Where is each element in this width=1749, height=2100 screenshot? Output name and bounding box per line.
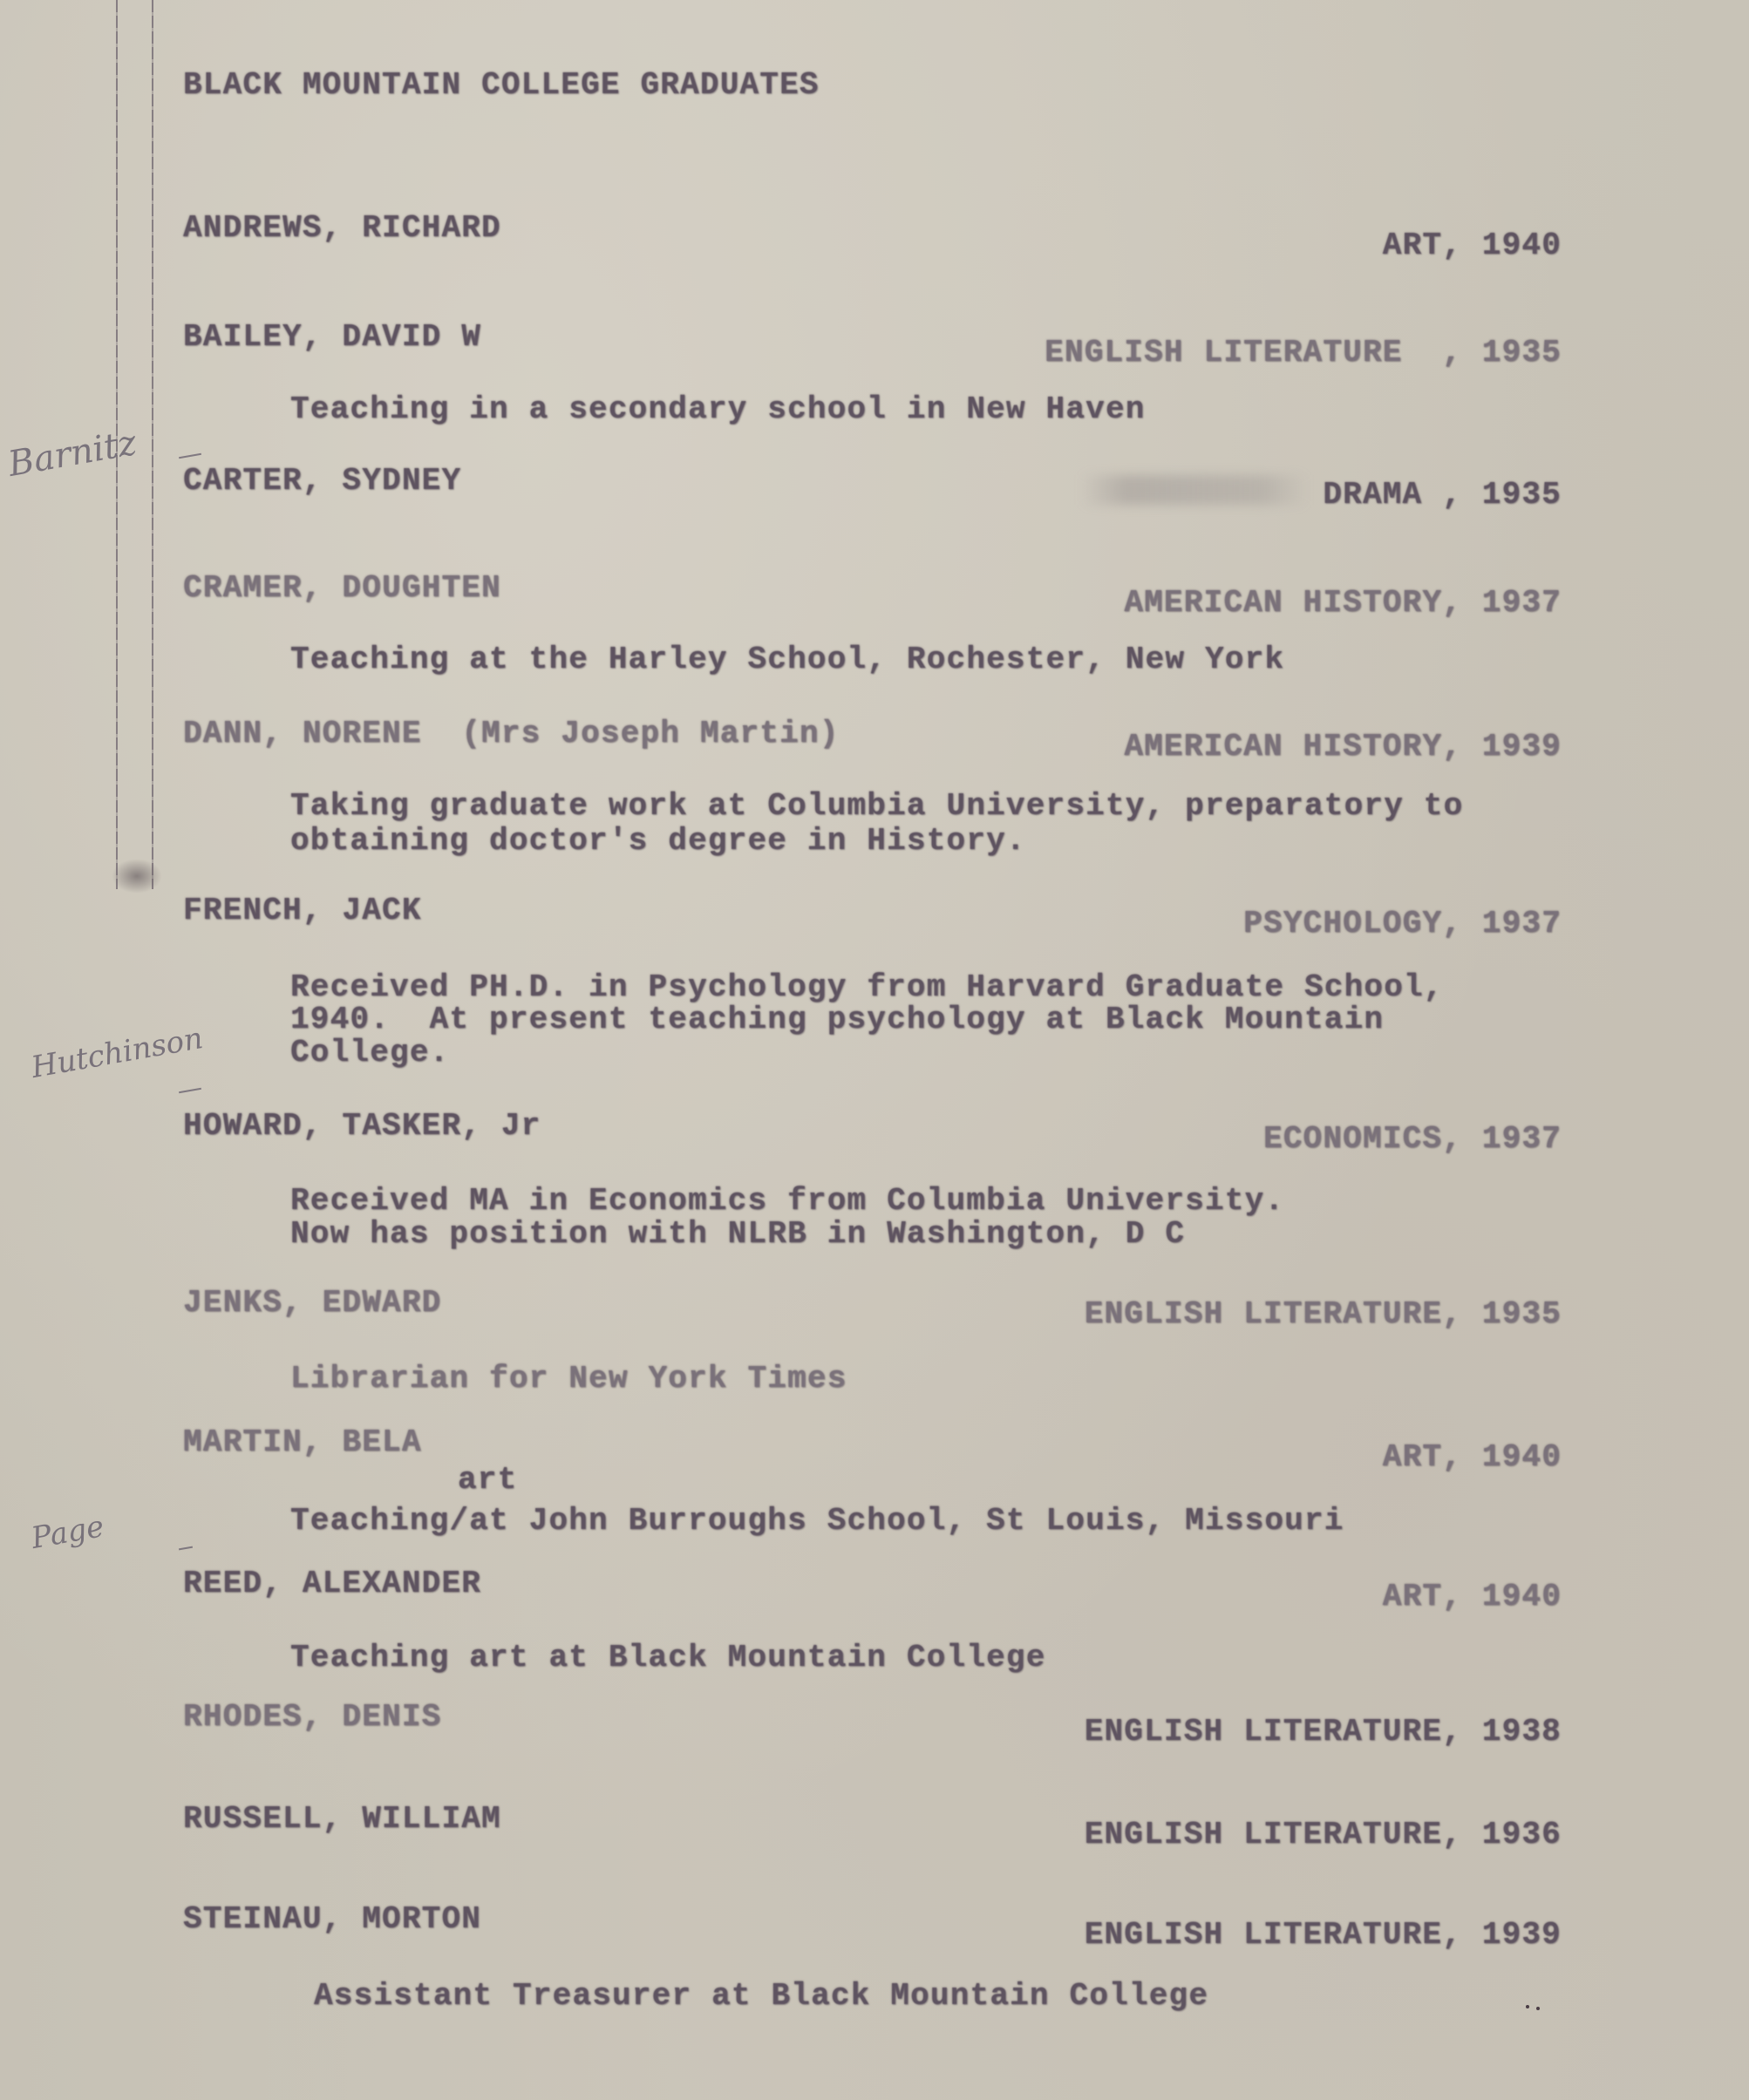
graduate-field: AMERICAN HISTORY, 1937 <box>1124 586 1562 621</box>
typed-document-page: BLACK MOUNTAIN COLLEGE GRADUATES ANDREWS… <box>0 0 1749 2100</box>
graduate-name: RHODES, DENIS <box>183 1700 441 1735</box>
graduate-name: JENKS, EDWARD <box>183 1286 441 1321</box>
graduate-name: DANN, NORENE (Mrs Joseph Martin) <box>183 717 840 751</box>
ink-smudge <box>112 859 162 894</box>
graduate-note: Received PH.D. in Psychology from Harvar… <box>290 970 1444 1005</box>
graduate-field: AMERICAN HISTORY, 1939 <box>1124 730 1562 765</box>
graduate-field: ENGLISH LITERATURE, 1936 <box>1085 1818 1562 1852</box>
graduate-field: ART, 1940 <box>1383 1580 1562 1614</box>
graduate-name: STEINAU, MORTON <box>183 1902 481 1937</box>
graduate-field: ECONOMICS, 1937 <box>1263 1122 1562 1157</box>
graduate-field: ENGLISH LITERATURE, 1939 <box>1085 1918 1562 1953</box>
handwritten-annotation: Page <box>29 1509 106 1556</box>
margin-rule-right <box>152 0 153 889</box>
graduate-note: Teaching in a secondary school in New Ha… <box>290 392 1146 427</box>
graduate-field: ART, 1940 <box>1383 228 1562 263</box>
handwritten-annotation: Hutchinson <box>29 1021 206 1085</box>
pencil-dash <box>179 453 201 459</box>
graduate-name: RUSSELL, WILLIAM <box>183 1802 501 1837</box>
graduate-field: ENGLISH LITERATURE , 1935 <box>1045 336 1562 370</box>
graduate-name: MARTIN, BELA <box>183 1425 422 1460</box>
graduate-note: College. <box>290 1036 449 1070</box>
graduate-note: Librarian for New York Times <box>290 1362 847 1397</box>
graduate-note: Taking graduate work at Columbia Univers… <box>290 789 1463 824</box>
graduate-name: FRENCH, JACK <box>183 894 422 928</box>
graduate-name: HOWARD, TASKER, Jr <box>183 1109 541 1144</box>
graduate-name: CARTER, SYDNEY <box>183 464 461 499</box>
erased-text <box>1081 475 1308 505</box>
graduate-name: ANDREWS, RICHARD <box>183 211 501 246</box>
paper-speck <box>1536 2007 1540 2010</box>
pencil-dash <box>179 1088 201 1093</box>
graduate-field: ART, 1940 <box>1383 1440 1562 1475</box>
paper-speck <box>1526 2005 1529 2008</box>
graduate-note: 1940. At present teaching psychology at … <box>290 1002 1384 1037</box>
graduate-name: CRAMER, DOUGHTEN <box>183 571 501 606</box>
graduate-field: PSYCHOLOGY, 1937 <box>1243 907 1562 941</box>
graduate-note: obtaining doctor's degree in History. <box>290 824 1026 859</box>
graduate-name: BAILEY, DAVID W <box>183 320 481 355</box>
graduate-field: ENGLISH LITERATURE, 1938 <box>1085 1715 1562 1750</box>
graduate-name: REED, ALEXANDER <box>183 1567 481 1601</box>
pencil-dash <box>179 1546 193 1551</box>
graduate-field: DRAMA , 1935 <box>1323 478 1562 513</box>
graduate-note: Teaching at the Harley School, Rochester… <box>290 642 1284 677</box>
typed-insertion: art <box>458 1463 517 1498</box>
graduate-note: Now has position with NLRB in Washington… <box>290 1217 1185 1252</box>
graduate-note: Teaching/at John Burroughs School, St Lo… <box>290 1504 1344 1539</box>
graduate-field: ENGLISH LITERATURE, 1935 <box>1085 1297 1562 1332</box>
document-title: BLACK MOUNTAIN COLLEGE GRADUATES <box>183 68 820 103</box>
handwritten-annotation: Barnitz <box>5 423 140 485</box>
graduate-note: Teaching art at Black Mountain College <box>290 1641 1046 1675</box>
graduate-note: Received MA in Economics from Columbia U… <box>290 1184 1284 1219</box>
graduate-note: Assistant Treasurer at Black Mountain Co… <box>314 1979 1208 2014</box>
